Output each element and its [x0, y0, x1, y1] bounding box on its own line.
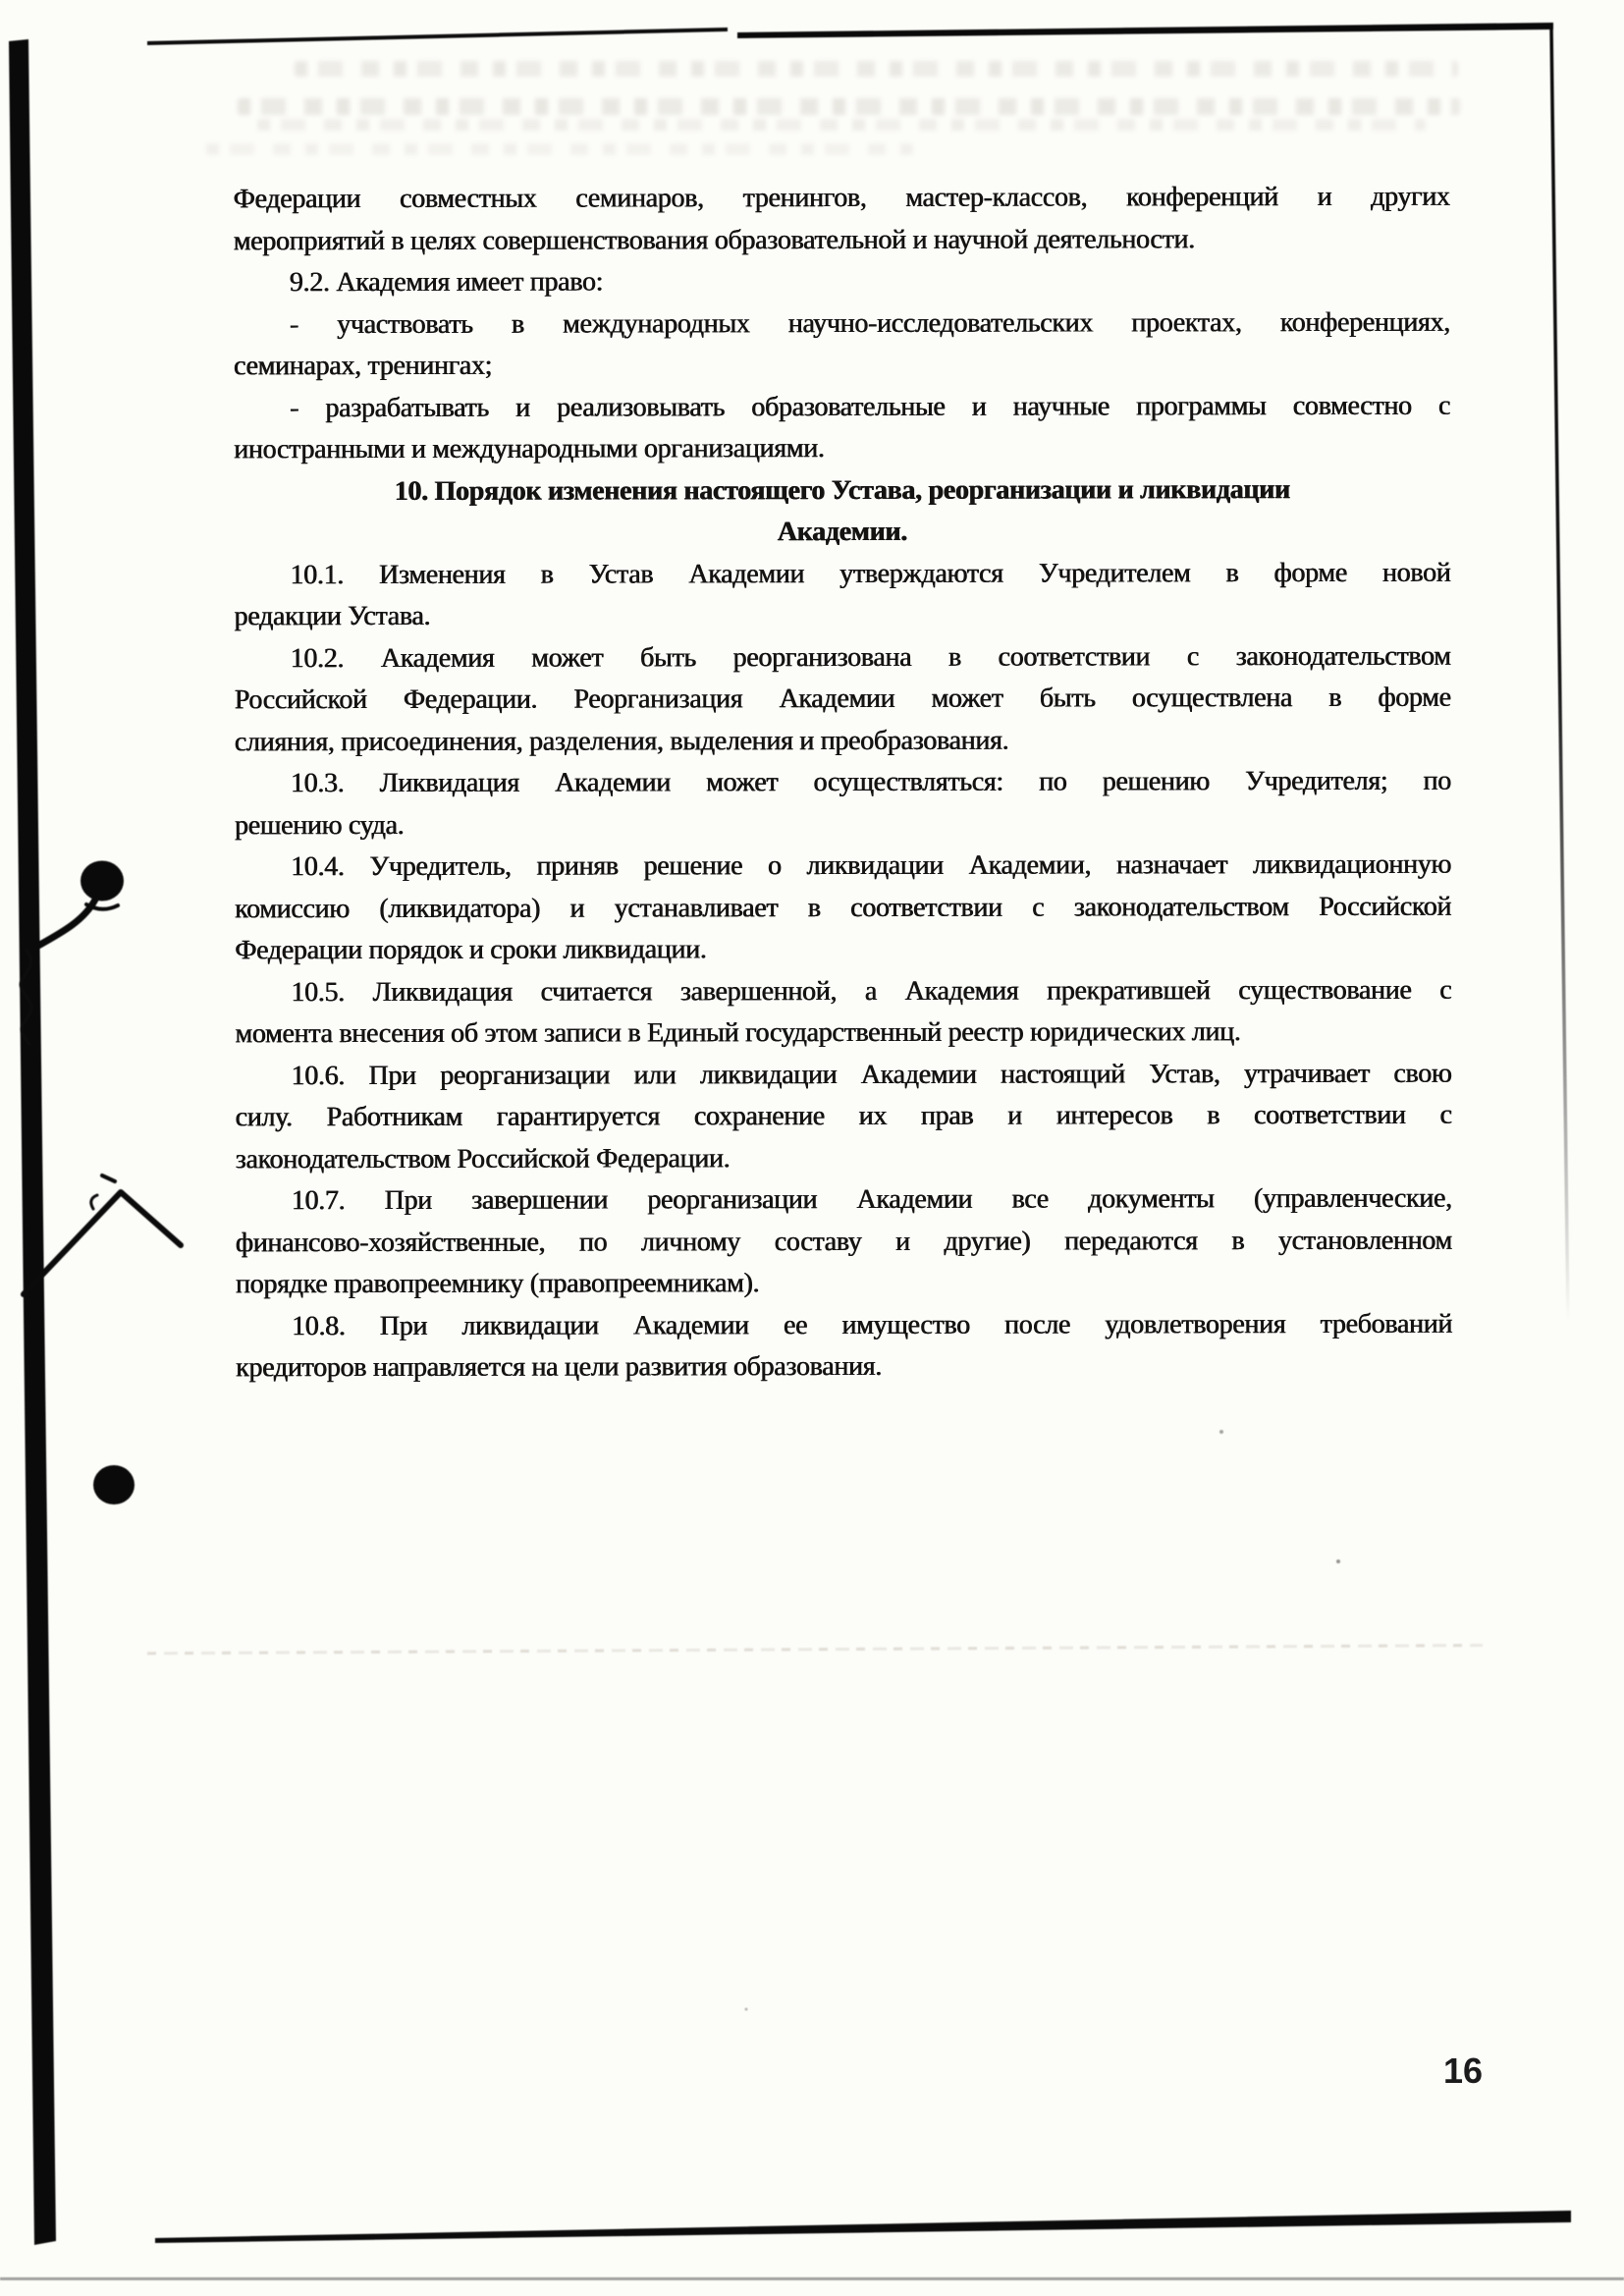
top-scan-line-right — [737, 23, 1553, 38]
speck — [1336, 1559, 1340, 1563]
hole-punch-dot-bottom — [93, 1465, 135, 1504]
bottom-edge-line — [0, 2277, 1624, 2280]
pencil-zigzag-tick — [102, 1175, 115, 1181]
hole-punch-dot-top — [81, 861, 124, 902]
scan-artifacts — [0, 0, 1624, 2296]
pencil-zigzag-hook — [91, 1195, 97, 1209]
top-scan-line-left — [147, 27, 728, 45]
pencil-zigzag-mark — [24, 1192, 181, 1294]
speck — [745, 2008, 748, 2011]
right-scan-line — [1551, 26, 1568, 1321]
scanned-page: Федерации совместных семинаров, тренинго… — [0, 0, 1624, 2296]
speck — [1219, 1430, 1223, 1434]
bottom-scan-line — [155, 2211, 1571, 2243]
left-binding-bar — [9, 39, 56, 2245]
